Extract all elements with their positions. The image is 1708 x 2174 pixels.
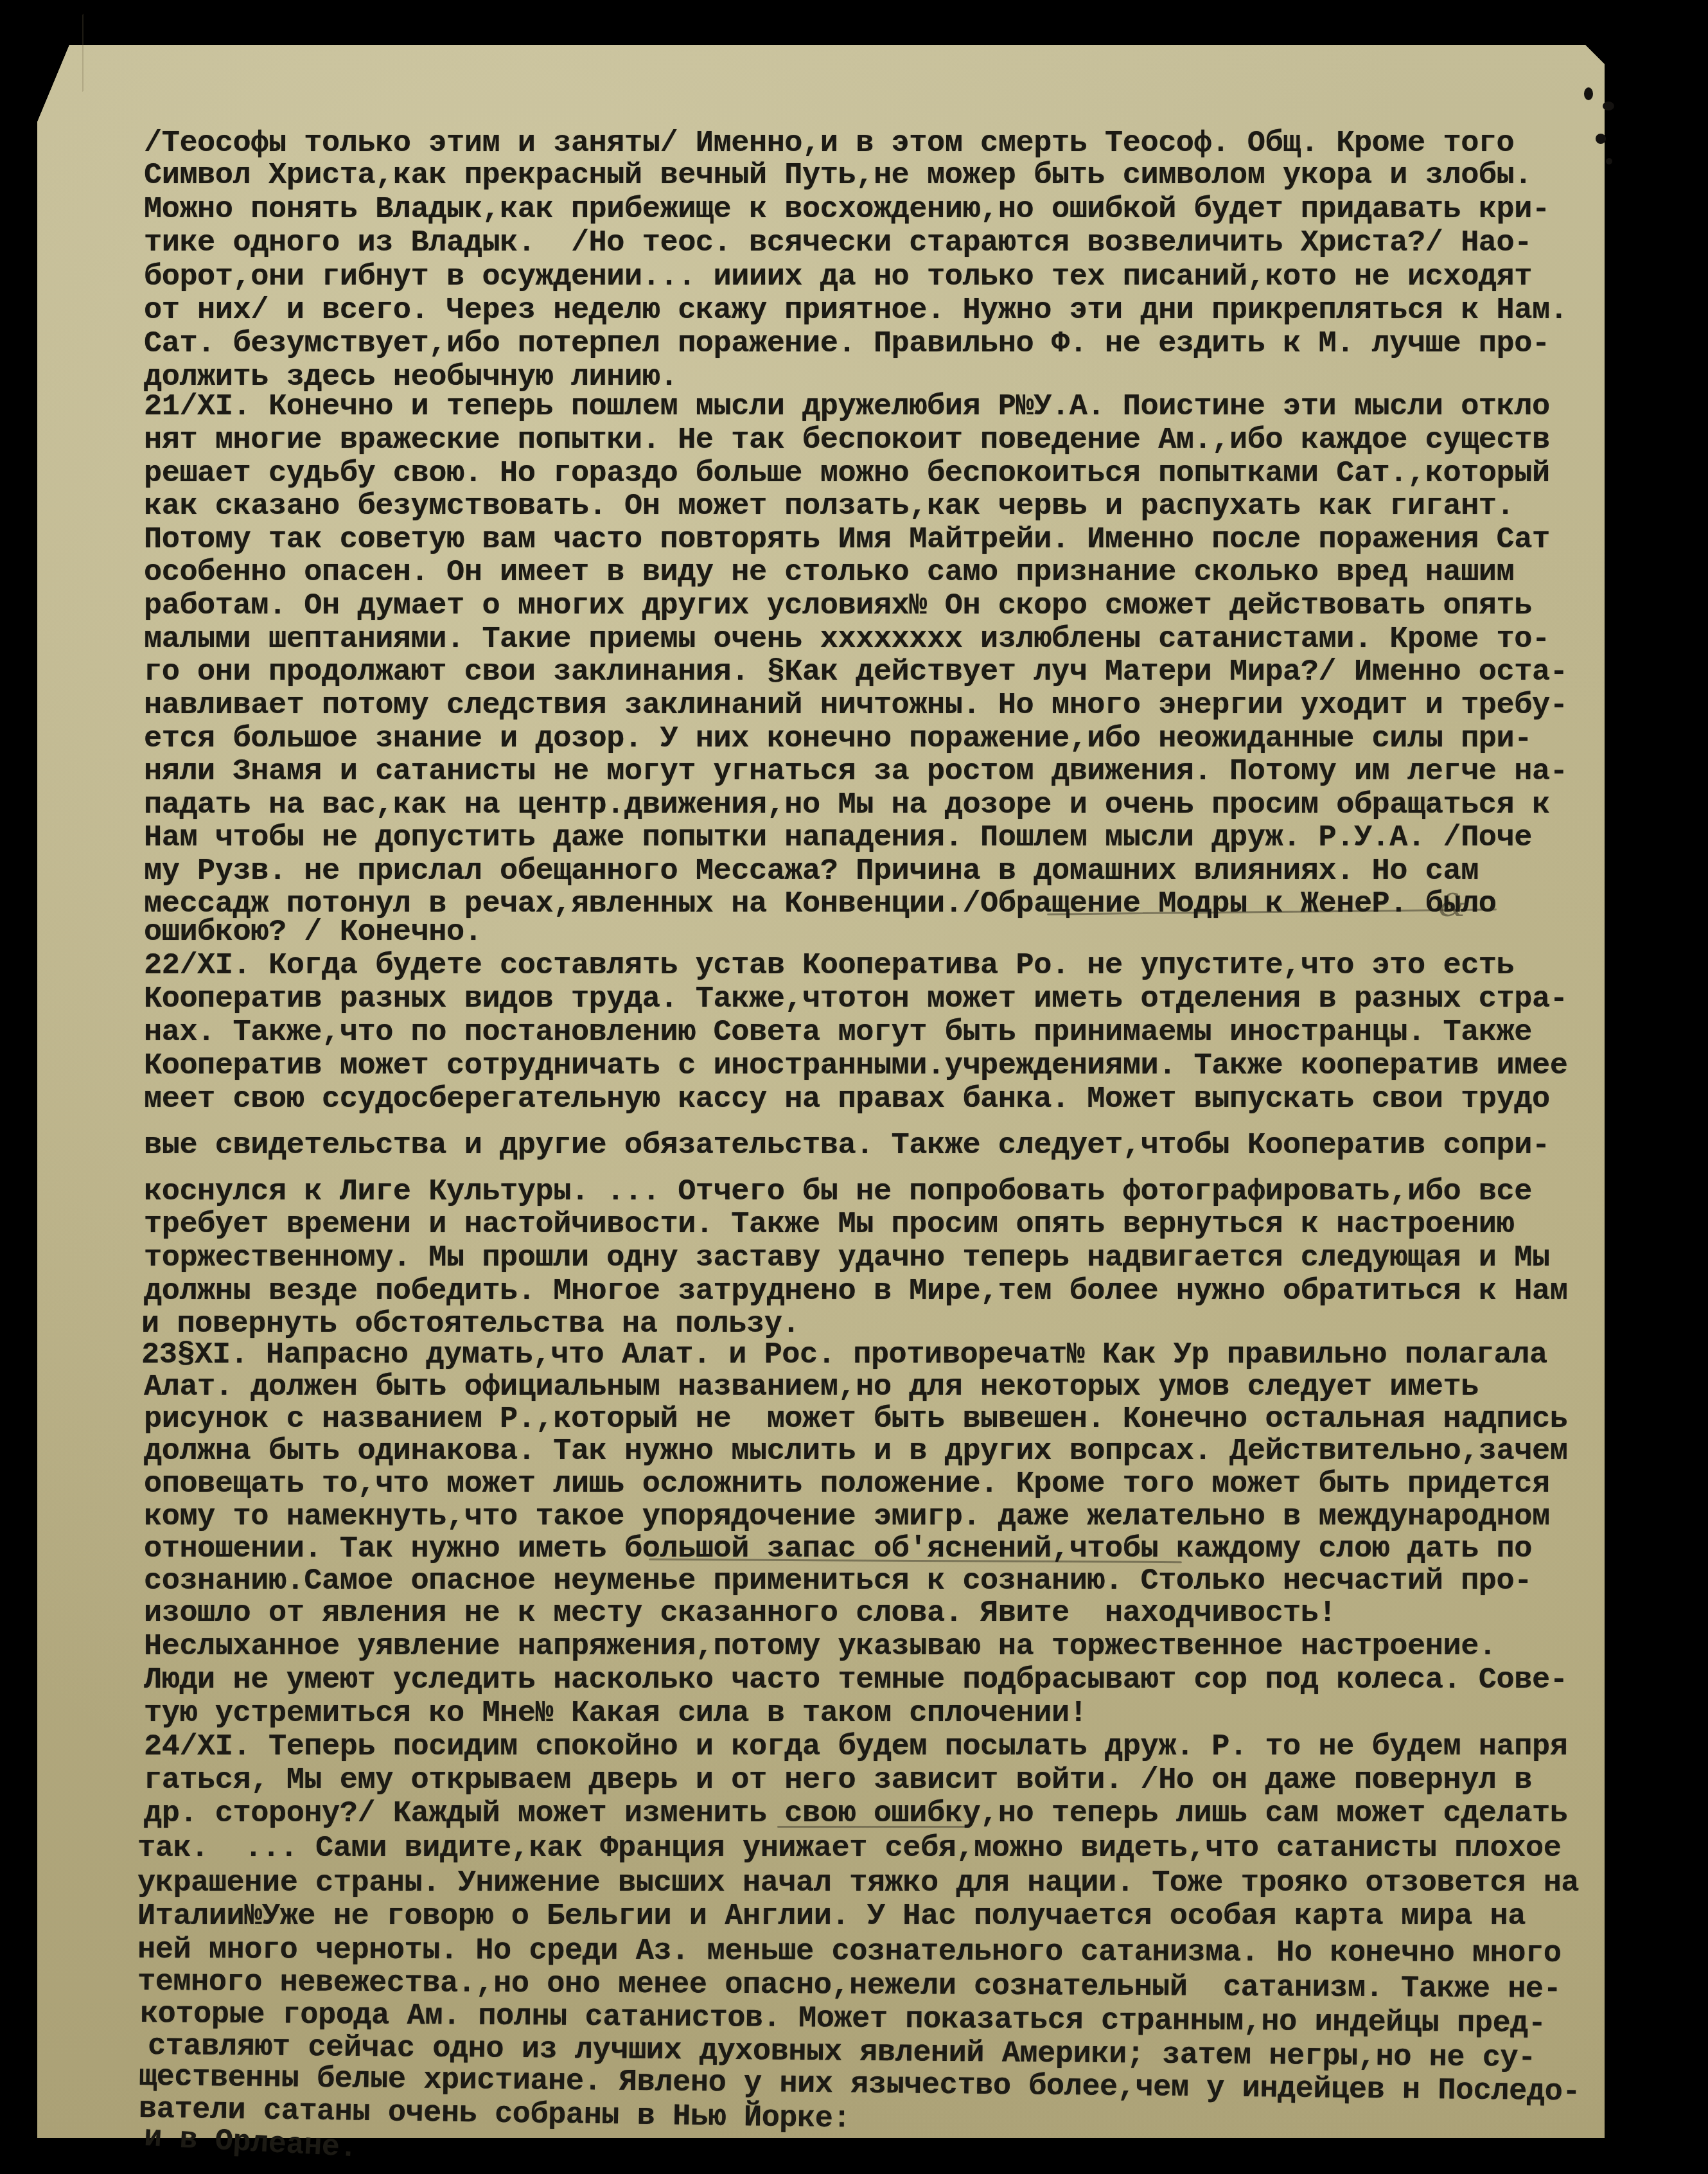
text-line: мессадж потонул в речах,явленных на Конв… xyxy=(144,889,1497,919)
text-line: му Рузв. не прислал обещанного Мессажа? … xyxy=(144,856,1479,887)
text-line: изошло от явления не к месту сказанного … xyxy=(144,1598,1336,1629)
text-line: Нам чтобы не допустить даже попытки напа… xyxy=(144,823,1532,853)
text-line: Италии№Уже не говорю о Бельгии и Англии.… xyxy=(137,1902,1526,1932)
text-line: гаться, Мы ему открываем дверь и от него… xyxy=(144,1765,1532,1796)
text-line: торжественному. Мы прошли одну заставу у… xyxy=(144,1243,1550,1273)
text-line: рисунок с названием Р.,который не может … xyxy=(144,1404,1567,1435)
text-line: украшение страны. Унижение высших начал … xyxy=(137,1868,1579,1898)
text-line: ней много черноты. Но среди Аз. меньше с… xyxy=(137,1935,1561,1969)
text-line: как сказано безумствовать. Он может полз… xyxy=(144,491,1514,522)
text-line: Можно понять Владык,как прибежище к восх… xyxy=(144,195,1550,225)
text-line: ошибкою? / Конечно. xyxy=(144,917,482,948)
text-line: сознанию.Самое опасное неуменье применит… xyxy=(144,1566,1532,1596)
text-line: требует времени и настойчивости. Также М… xyxy=(144,1210,1514,1240)
text-line: так. ... Сами видите,как Франция унижает… xyxy=(137,1834,1561,1864)
text-line: меет свою ссудосберегательную кассу на п… xyxy=(144,1084,1550,1115)
text-line: 23§XI. Напрасно думать,что Алат. и Рос. … xyxy=(141,1340,1547,1370)
text-line: Кооператив разных видов труда. Также,что… xyxy=(144,984,1567,1014)
text-line: навливает потому следствия заклинаний ни… xyxy=(144,691,1567,721)
text-line: 21/XI. Конечно и теперь пошлем мысли дру… xyxy=(144,392,1550,422)
text-line: 22/XI. Когда будете составлять устав Коо… xyxy=(144,951,1514,981)
text-line: ется большое знание и дозор. У них конеч… xyxy=(144,724,1532,754)
text-line: го они продолжают свои заклинания. §Как … xyxy=(144,657,1567,687)
text-line: Алат. должен быть официальным названием,… xyxy=(144,1372,1479,1402)
text-line: работам. Он думает о многих других услов… xyxy=(144,591,1532,621)
text-line: должна быть одинакова. Так нужно мыслить… xyxy=(144,1436,1567,1467)
text-line: Сат. безумствует,ибо потерпел поражение.… xyxy=(144,329,1550,359)
text-line: и повернуть обстоятельства на пользу. xyxy=(141,1309,800,1339)
text-line: нят многие вражеские попытки. Не так бес… xyxy=(144,425,1550,455)
text-line: Кооператив может сотрудничать с иностран… xyxy=(144,1051,1567,1081)
text-line: малыми шептаниями. Такие приемы очень хх… xyxy=(144,624,1550,655)
text-line: др. сторону?/ Каждый может изменить свою… xyxy=(144,1799,1567,1829)
text-line: решает судьбу свою. Но гораздо больше мо… xyxy=(144,459,1550,489)
text-line: Символ Христа,как прекрасный вечный Путь… xyxy=(144,161,1532,191)
ink-stain xyxy=(1603,102,1614,110)
text-line: Неслыханное уявление напряжения,потому у… xyxy=(144,1632,1497,1662)
text-line: тике одного из Владык. /Но теос. всяческ… xyxy=(144,228,1532,258)
text-line: падать на вас,как на центр.движения,но М… xyxy=(144,790,1550,820)
text-line: кому то намекнуть,что такое упорядочение… xyxy=(144,1502,1550,1532)
text-line: тую устремиться ко Мне№ Какая сила в так… xyxy=(144,1699,1087,1729)
text-line: должны везде победить. Многое затруднено… xyxy=(144,1277,1567,1307)
text-line: коснулся к Лиге Культуры. ... Отчего бы … xyxy=(144,1177,1532,1207)
text-line: должить здесь необычную линию. xyxy=(144,362,678,393)
text-line: от них/ и всего. Через неделю скажу прия… xyxy=(144,296,1567,326)
text-line: Люди не умеют уследить насколько часто т… xyxy=(144,1665,1567,1695)
text-line: оповещать то,что может лишь осложнить по… xyxy=(144,1469,1550,1499)
text-line: няли Знамя и сатанисты не могут угнаться… xyxy=(144,757,1567,787)
ink-stain xyxy=(1596,134,1606,144)
ink-stain xyxy=(1606,158,1612,164)
ink-stain xyxy=(1584,87,1593,100)
text-line: 24/XI. Теперь посидим спокойно и когда б… xyxy=(144,1732,1567,1762)
text-line: борот,они гибнут в осуждении... иииих да… xyxy=(144,262,1532,292)
text-line: отношении. Так нужно иметь большой запас… xyxy=(144,1534,1532,1564)
text-line: /Теософы только этим и заняты/ Именно,и … xyxy=(144,128,1514,159)
text-line: Потому так советую вам часто повторять И… xyxy=(144,525,1550,555)
text-line: нах. Также,что по постановлению Совета м… xyxy=(144,1018,1532,1048)
text-line: особенно опасен. Он имеет в виду не стол… xyxy=(144,558,1514,588)
text-line: вые свидетельства и другие обязательства… xyxy=(144,1131,1550,1161)
